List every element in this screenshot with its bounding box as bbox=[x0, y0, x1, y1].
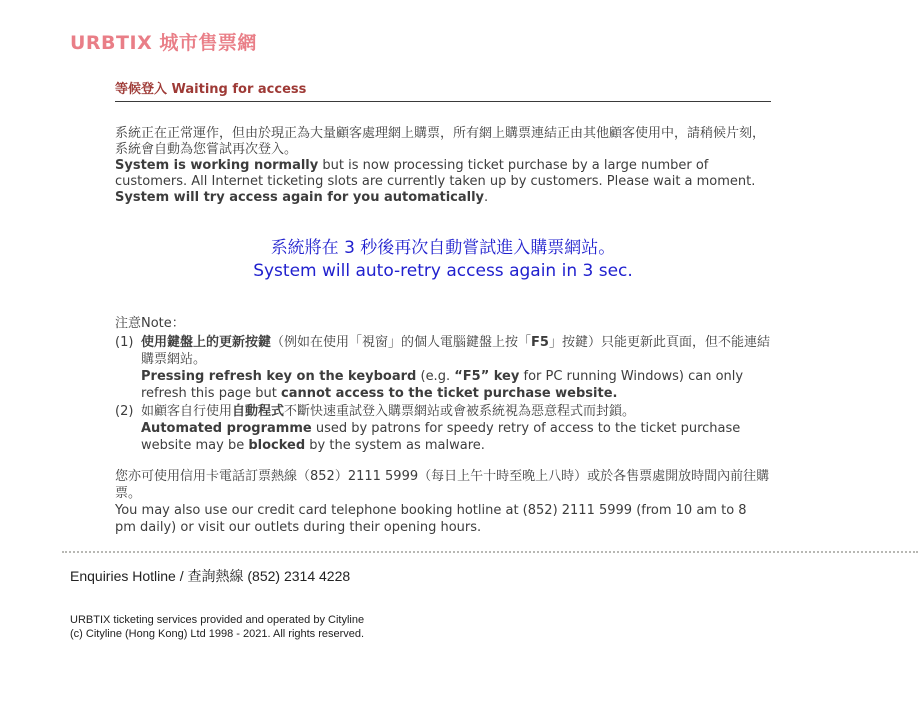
page-footer: URBTIX ticketing services provided and o… bbox=[70, 613, 364, 641]
countdown-message: 系統將在 3 秒後再次自動嘗試進入購票網站。 System will auto-… bbox=[115, 237, 771, 283]
countdown-zh: 系統將在 3 秒後再次自動嘗試進入購票網站。 bbox=[115, 237, 771, 260]
hotline-zh: 您亦可使用信用卡電話訂票熱線（852）2111 5999（每日上午十時至晚上八時… bbox=[115, 469, 769, 501]
note-item-number: (2) bbox=[115, 403, 133, 420]
note1-zh-run: F5 bbox=[531, 335, 549, 350]
note-label: 注意Note： bbox=[115, 315, 771, 332]
section-heading: 等候登入 Waiting for access bbox=[115, 78, 771, 102]
note1-en-run: “F5” key bbox=[454, 369, 519, 384]
intro-zh: 系統正在正常運作，但由於現正為大量顧客處理網上購票，所有網上購票連結正由其他顧客… bbox=[115, 126, 765, 157]
intro-en-run: . bbox=[484, 190, 488, 205]
note2-zh-run: 如顧客自行使用 bbox=[141, 404, 232, 419]
note1-en-run: (e.g. bbox=[416, 369, 454, 384]
footer-line2: (c) Cityline (Hong Kong) Ltd 1998 - 2021… bbox=[70, 627, 364, 641]
note-item-number: (1) bbox=[115, 334, 133, 351]
note1-zh-run: （例如在使用「視窗」的個人電腦鍵盤上按「 bbox=[271, 335, 531, 350]
site-title: URBTIX 城市售票網 bbox=[70, 28, 257, 55]
note1-en-run: cannot access to the ticket purchase web… bbox=[281, 386, 617, 401]
dotted-divider bbox=[62, 551, 918, 553]
intro-en-run: System will try access again for you aut… bbox=[115, 190, 484, 205]
note1-en-run: Pressing refresh key on the keyboard bbox=[141, 369, 416, 384]
urbtix-waiting-page: URBTIX 城市售票網 等候登入 Waiting for access 系統正… bbox=[0, 0, 924, 718]
note-item: (1)使用鍵盤上的更新按鍵（例如在使用「視窗」的個人電腦鍵盤上按「F5」按鍵）只… bbox=[115, 334, 771, 402]
note2-en-run: Automated programme bbox=[141, 421, 312, 436]
intro-paragraph: 系統正在正常運作，但由於現正為大量顧客處理網上購票，所有網上購票連結正由其他顧客… bbox=[115, 126, 771, 206]
note2-zh-run: 自動程式 bbox=[232, 404, 284, 419]
hotline-paragraph: 您亦可使用信用卡電話訂票熱線（852）2111 5999（每日上午十時至晚上八時… bbox=[115, 468, 771, 536]
note2-en-run: by the system as malware. bbox=[305, 438, 485, 453]
hotline-en: You may also use our credit card telepho… bbox=[115, 503, 747, 535]
intro-en-run: System is working normally bbox=[115, 158, 318, 173]
note2-en-run: blocked bbox=[248, 438, 305, 453]
note2-zh-run: 不斷快速重試登入購票網站或會被系統視為惡意程式而封鎖。 bbox=[284, 404, 635, 419]
note1-zh-run: 使用鍵盤上的更新按鍵 bbox=[141, 335, 271, 350]
footer-line1: URBTIX ticketing services provided and o… bbox=[70, 613, 364, 627]
note-item: (2)如顧客自行使用自動程式不斷快速重試登入購票網站或會被系統視為惡意程式而封鎖… bbox=[115, 403, 771, 454]
countdown-en: System will auto-retry access again in 3… bbox=[115, 260, 771, 283]
main-content: 等候登入 Waiting for access 系統正在正常運作，但由於現正為大… bbox=[115, 78, 771, 549]
enquiries-hotline: Enquiries Hotline / 查詢熱線 (852) 2314 4228 bbox=[70, 566, 350, 586]
